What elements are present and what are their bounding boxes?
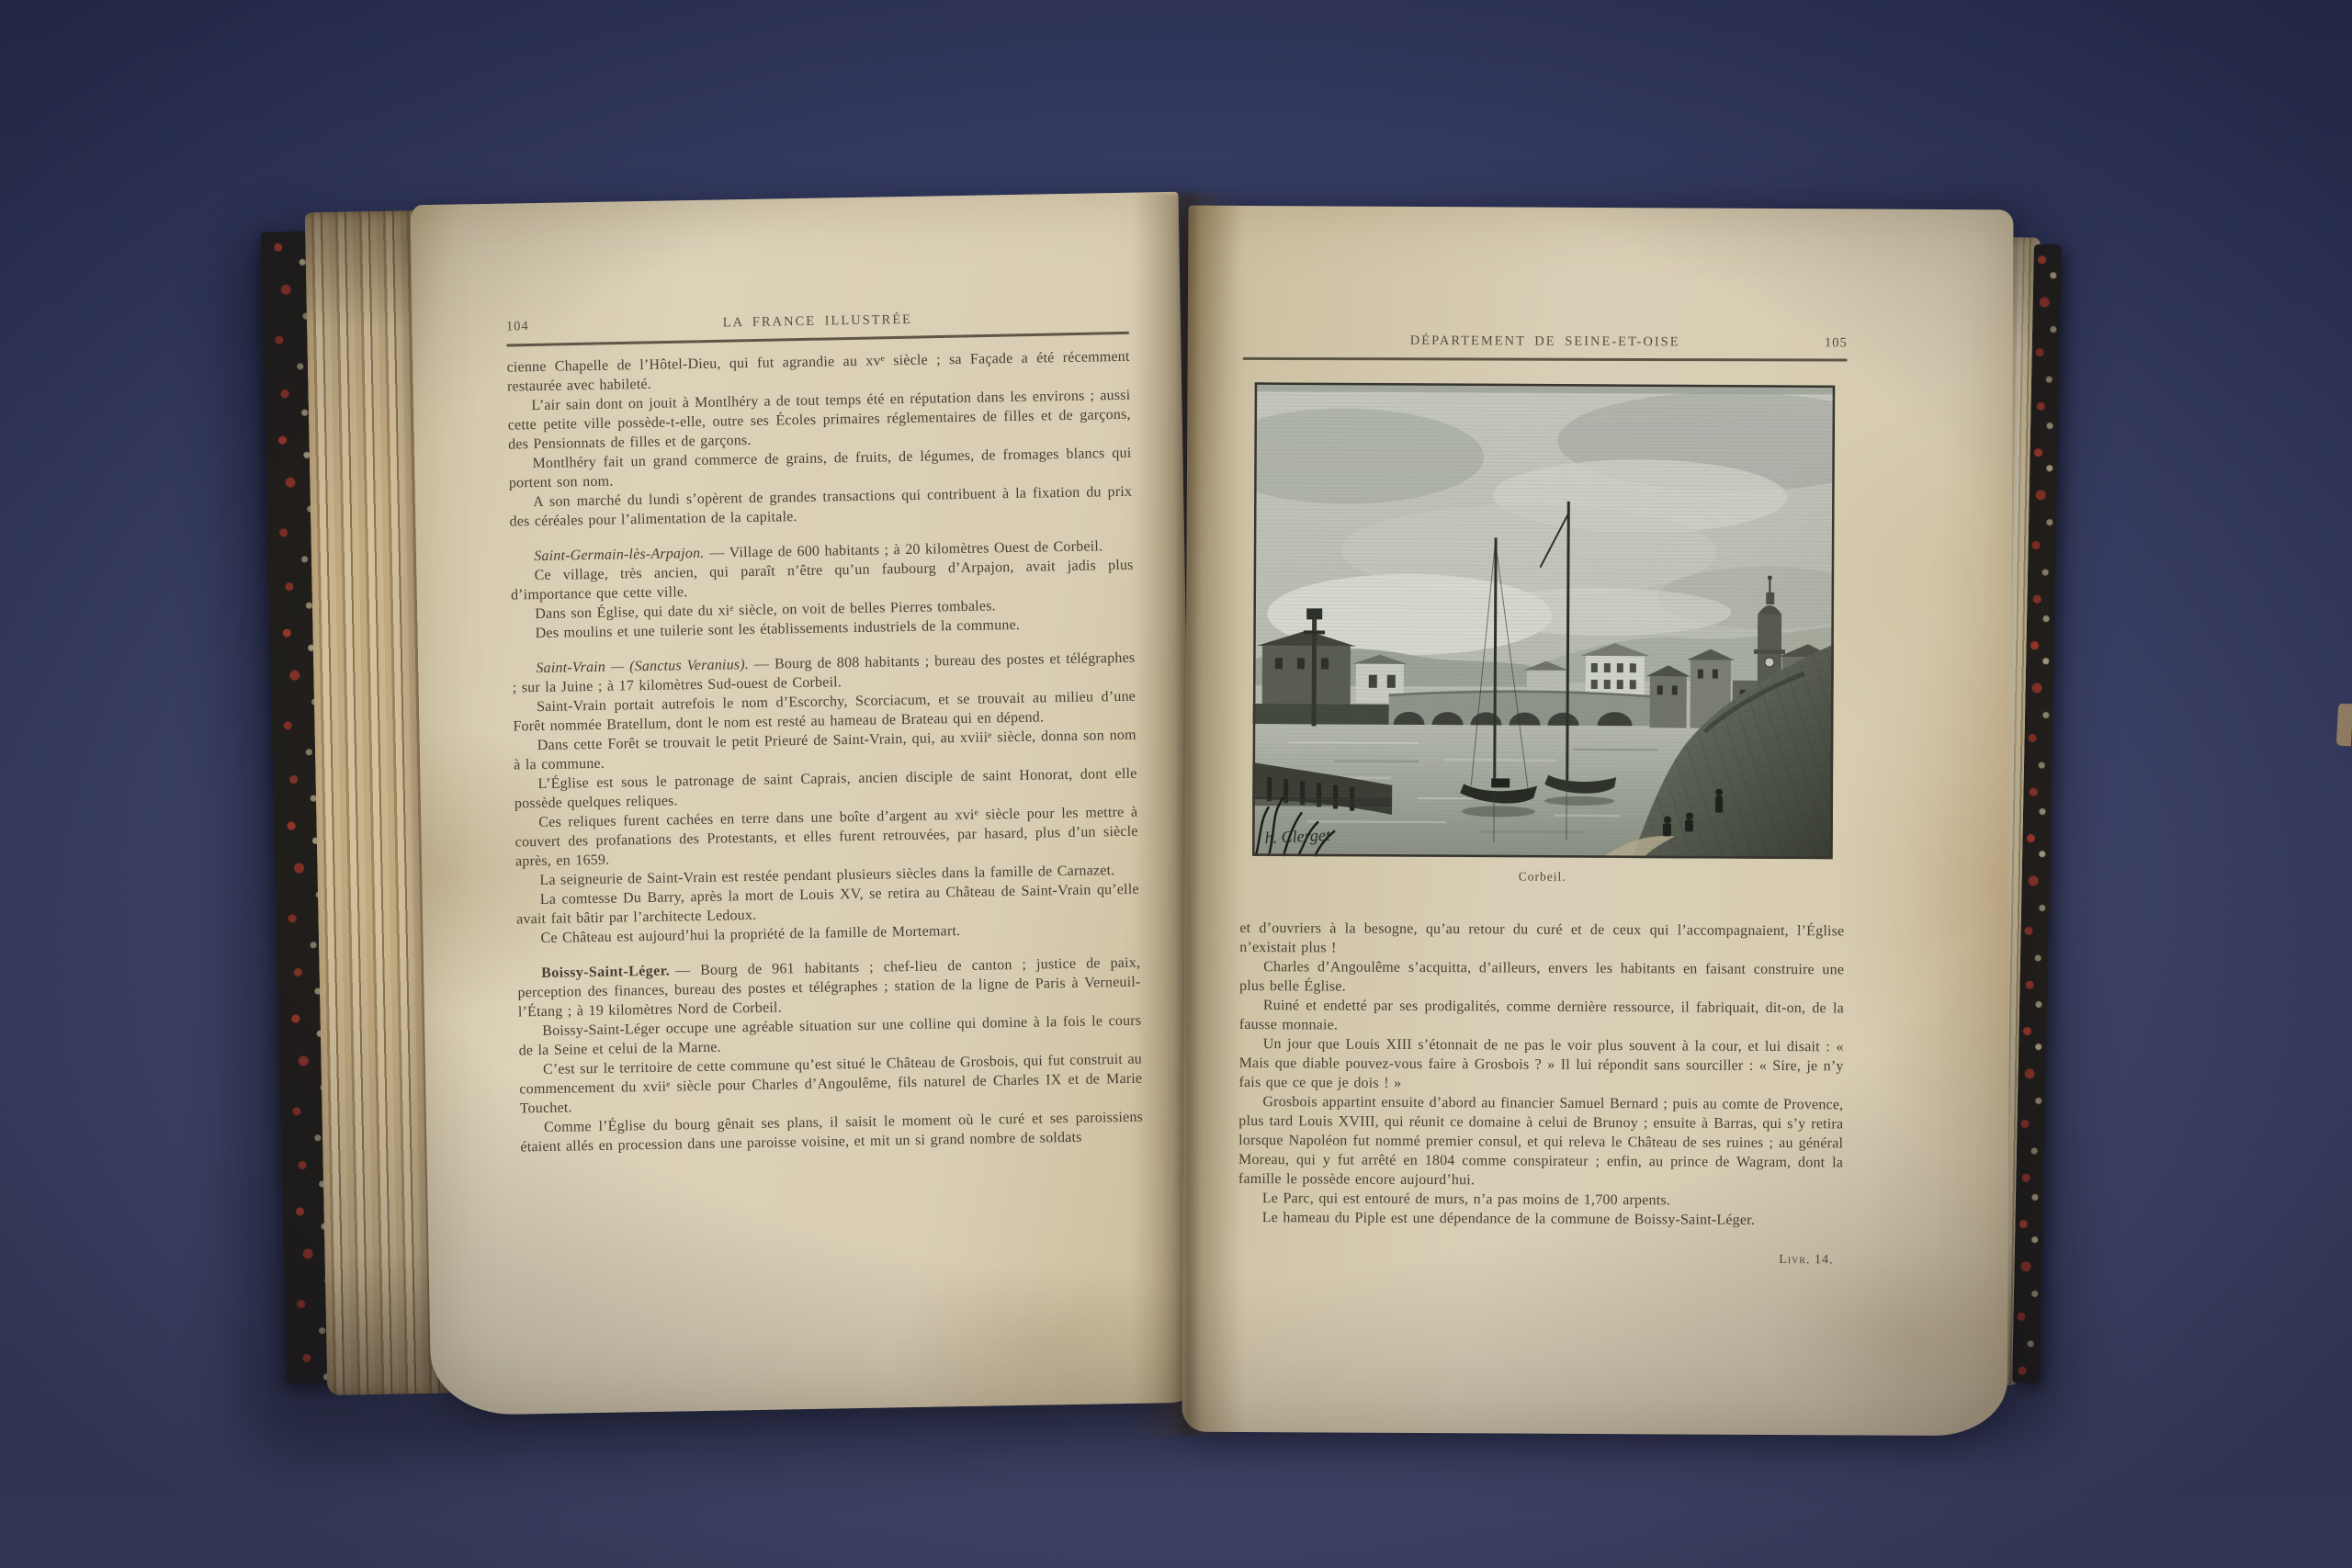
paragraph: L’air sain dont on jouit à Montlhéry a d…	[507, 386, 1131, 455]
running-title: LA FRANCE ILLUSTRÉE	[571, 310, 1065, 333]
paragraph-text: Ces reliques furent cachées en terre dan…	[515, 805, 1138, 870]
section-paragraph: Boissy-Saint-Léger.— Bourg de 961 habita…	[517, 953, 1141, 1022]
running-title: DÉPARTEMENT DE SEINE-ET-OISE	[1307, 333, 1783, 351]
engraving-texture	[1252, 382, 1836, 859]
right-page: DÉPARTEMENT DE SEINE-ET-OISE 105	[1182, 206, 2014, 1437]
paragraph: Grosbois appartint ensuite d’abord au fi…	[1238, 1092, 1844, 1191]
illustration-caption: Corbeil.	[1240, 868, 1845, 886]
paragraph-text: Un jour que Louis XIII s’étonnait de ne …	[1238, 1036, 1843, 1091]
paragraph: Un jour que Louis XIII s’étonnait de ne …	[1238, 1034, 1843, 1095]
paragraph-text: Ruiné et endetté par ses prodigalités, c…	[1239, 998, 1844, 1032]
paragraph-text: Charles d’Angoulême s’acquitta, d’ailleu…	[1239, 959, 1844, 994]
paragraph: Ces reliques furent cachées en terre dan…	[514, 803, 1138, 872]
paragraph: Ruiné et endetté par ses prodigalités, c…	[1239, 996, 1844, 1037]
page-number: 105	[1783, 335, 1848, 351]
section-heading: Boissy-Saint-Léger.	[541, 964, 670, 981]
left-page-body: cienne Chapelle de l’Hôtel-Dieu, qui fut…	[506, 347, 1143, 1157]
section-heading: Saint-Vrain — (Sanctus Veranius).	[536, 657, 749, 676]
signature-mark: Livr. 14.	[1238, 1250, 1842, 1268]
left-page: 104 LA FRANCE ILLUSTRÉE cienne Chapelle …	[411, 192, 1200, 1416]
right-page-header: DÉPARTEMENT DE SEINE-ET-OISE 105	[1243, 333, 1848, 351]
left-page-header: 104 LA FRANCE ILLUSTRÉE	[506, 309, 1129, 335]
paragraph-text: Le Parc, qui est entouré de murs, n’a pa…	[1262, 1190, 1670, 1208]
header-rule	[1243, 357, 1848, 362]
paragraph: C’est sur le territoire de cette commune…	[519, 1050, 1143, 1119]
paragraph-text: Comme l’Église du bourg gênait ses plans…	[520, 1110, 1143, 1156]
background-object	[2336, 704, 2352, 747]
photo-of-open-book: 104 LA FRANCE ILLUSTRÉE cienne Chapelle …	[0, 0, 2352, 1568]
paragraph-text: Le hameau du Piple est une dépendance de…	[1262, 1210, 1755, 1228]
section-heading: Saint-Germain-lès-Arpajon.	[534, 546, 704, 564]
right-page-body: et d’ouvriers à la besogne, qu’au retour…	[1238, 919, 1845, 1230]
paragraph-text: Grosbois appartint ensuite d’abord au fi…	[1238, 1094, 1844, 1188]
paragraph-text: C’est sur le territoire de cette commune…	[519, 1052, 1142, 1117]
paragraph: et d’ouvriers à la besogne, qu’au retour…	[1239, 919, 1844, 960]
paragraph-text: A son marché du lundi s’opèrent de grand…	[509, 484, 1132, 530]
artist-signature: h. Clerget	[1264, 826, 1331, 847]
paragraph-text: et d’ouvriers à la besogne, qu’au retour…	[1239, 920, 1844, 956]
header-rule	[506, 332, 1129, 347]
corbeil-engraving: h. Clerget	[1252, 382, 1836, 859]
paragraph: Charles d’Angoulême s’acquitta, d’ailleu…	[1239, 957, 1844, 998]
paragraph-text: L’air sain dont on jouit à Montlhéry a d…	[508, 388, 1131, 453]
paragraph: Le hameau du Piple est une dépendance de…	[1238, 1208, 1843, 1230]
page-number: 104	[506, 318, 571, 334]
